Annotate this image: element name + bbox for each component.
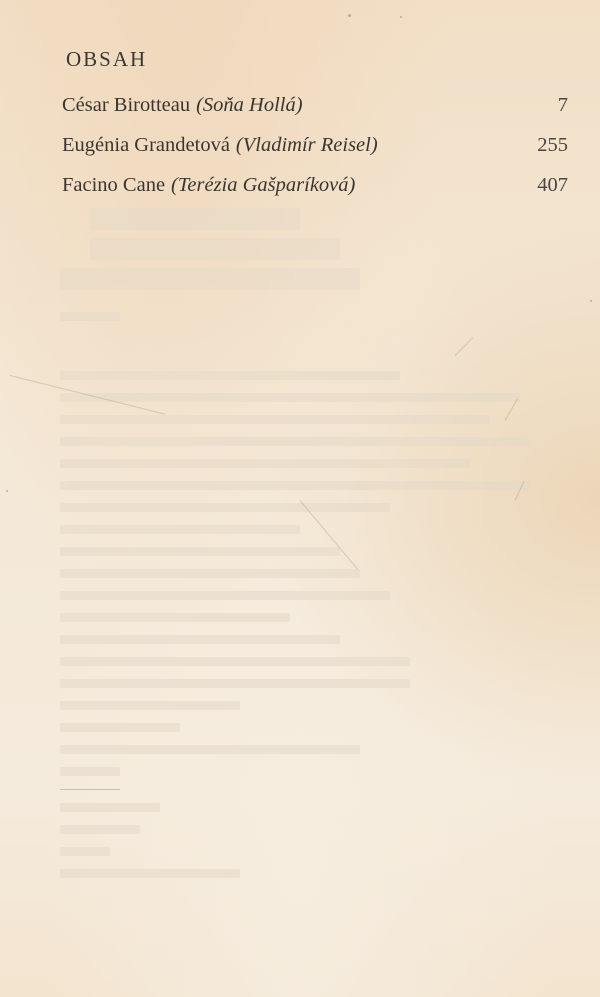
paper-speck [400, 16, 402, 18]
ghost-line [60, 847, 110, 856]
ghost-line [90, 208, 300, 230]
page-heading: OBSAH [66, 47, 147, 72]
ghost-line [60, 371, 400, 380]
entry-page-number: 7 [558, 93, 568, 118]
ghost-line [60, 679, 410, 688]
entry-translator: (Soňa Hollá) [196, 93, 302, 118]
entry-title: César Birotteau [62, 93, 190, 118]
ghost-line [60, 767, 120, 776]
table-of-contents: César Birotteau (Soňa Hollá) 7 Eugénia G… [62, 93, 572, 213]
entry-translator: (Terézia Gašparíková) [171, 173, 355, 198]
ghost-line [60, 803, 160, 812]
ghost-line [60, 547, 340, 556]
ghost-line [60, 312, 120, 321]
entry-translator: (Vladimír Reisel) [236, 133, 378, 158]
ghost-line [60, 723, 180, 732]
paper-speck [6, 490, 8, 492]
ghost-line [60, 869, 240, 878]
toc-entry: César Birotteau (Soňa Hollá) 7 [62, 93, 572, 133]
paper-speck [348, 14, 351, 17]
toc-entry: Eugénia Grandetová (Vladimír Reisel) 255 [62, 133, 572, 173]
ghost-line [60, 613, 290, 622]
ghost-line [60, 825, 140, 834]
bleed-through-text [60, 200, 560, 891]
paper-speck [590, 300, 592, 302]
ghost-line [60, 525, 300, 534]
ghost-line [60, 481, 530, 490]
ghost-line [60, 657, 410, 666]
book-page: OBSAH César Birotteau (Soňa Hollá) 7 Eug… [0, 0, 600, 997]
ghost-line [60, 459, 470, 468]
ghost-line [60, 415, 490, 424]
entry-title: Facino Cane [62, 173, 165, 198]
ghost-line [60, 437, 530, 446]
ghost-line [60, 591, 390, 600]
entry-page-number: 407 [537, 173, 568, 198]
ghost-line [60, 701, 240, 710]
ghost-line [60, 503, 390, 512]
ghost-line [60, 393, 520, 402]
ghost-line [60, 745, 360, 754]
ghost-rule [60, 789, 120, 790]
ghost-line [90, 238, 340, 260]
entry-title: Eugénia Grandetová [62, 133, 230, 158]
entry-page-number: 255 [537, 133, 568, 158]
ghost-line [60, 569, 360, 578]
ghost-line [60, 268, 360, 290]
ghost-line [60, 635, 340, 644]
